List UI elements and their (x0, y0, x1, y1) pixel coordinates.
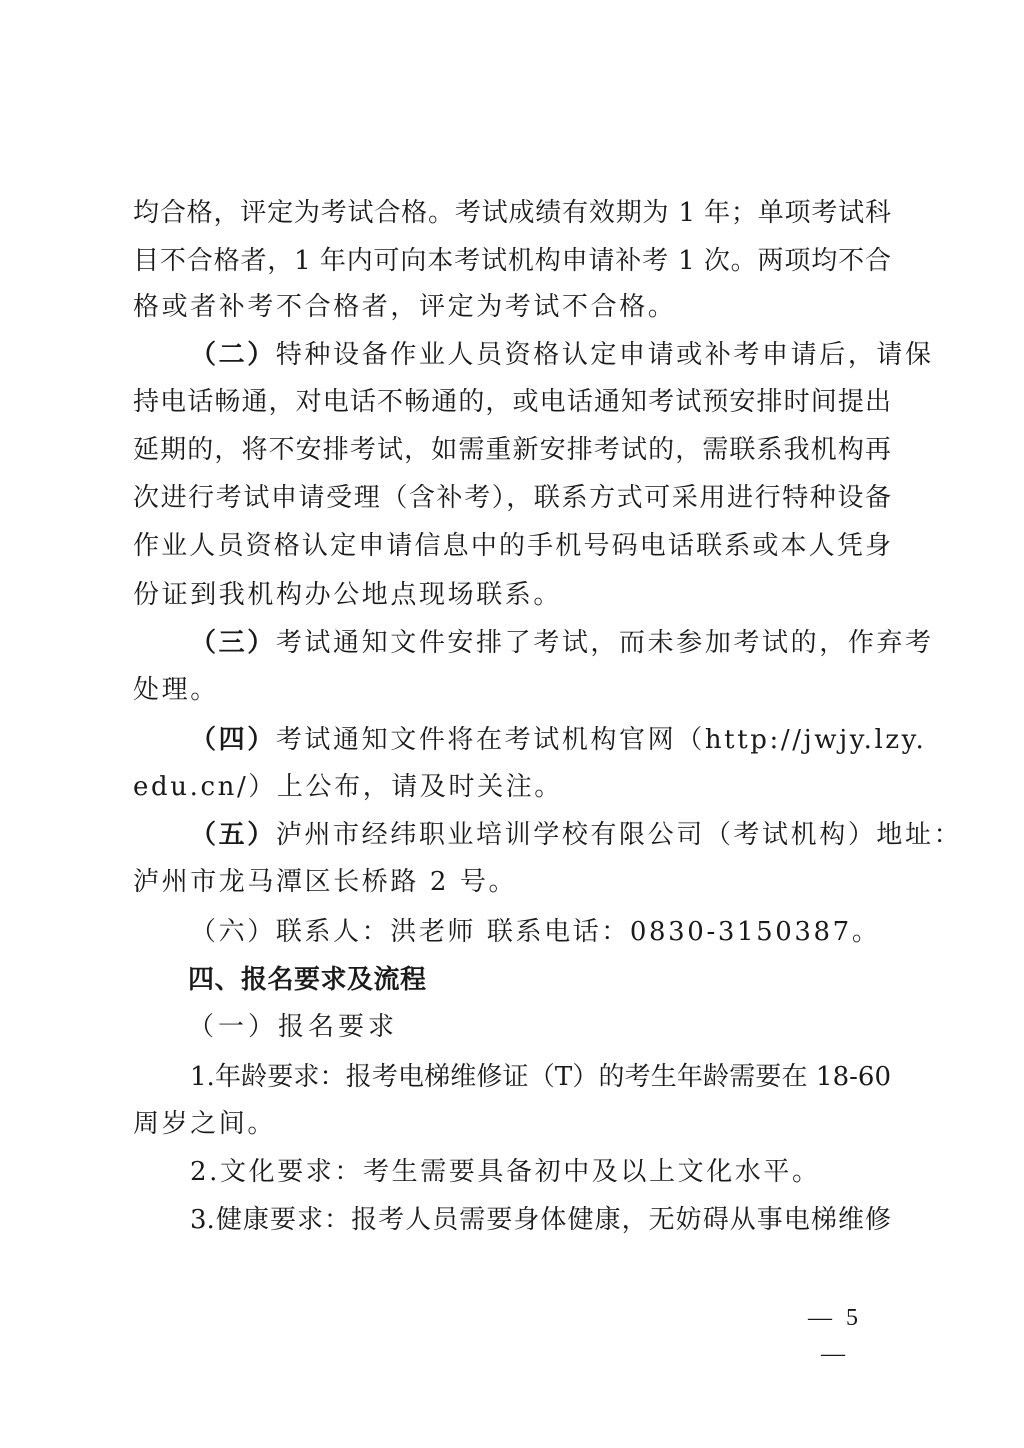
item-marker: （二） (190, 340, 276, 370)
paragraph-line: edu.cn/）上公布，请及时关注。 (133, 763, 891, 811)
paragraph-line: 目不合格者，1 年内可向本考试机构申请补考 1 次。两项均不合 (133, 237, 891, 285)
paragraph-line: 格或者补考不合格者，评定为考试不合格。 (133, 283, 891, 331)
requirement-age-line: 1.年龄要求：报考电梯维修证（T）的考生年龄需要在 18-60 (190, 1053, 891, 1101)
item-marker: （五） (190, 820, 276, 850)
item-text: 考试通知文件将在考试机构官网（http://jwjy.lzy. (276, 725, 927, 755)
paragraph-line: 延期的，将不安排考试，如需重新安排考试的，需联系我机构再 (133, 426, 891, 474)
paragraph-line: 份证到我机构办公地点现场联系。 (133, 571, 891, 619)
item-text: 考试通知文件安排了考试，而未参加考试的，作弃考 (276, 628, 934, 658)
paragraph-line: 泸州市龙马潭区长桥路 2 号。 (133, 858, 891, 906)
requirement-health-line: 3.健康要求：报考人员需要身体健康，无妨碍从事电梯维修 (190, 1196, 891, 1244)
list-item-2-first-line: （二）特种设备作业人员资格认定申请或补考申请后，请保 (190, 331, 891, 379)
subsection-heading: （一）报名要求 (188, 1003, 889, 1051)
list-item-5-first-line: （五）泸州市经纬职业培训学校有限公司（考试机构）地址： (190, 811, 891, 859)
paragraph-line: 作业人员资格认定申请信息中的手机号码电话联系或本人凭身 (133, 522, 891, 570)
document-page: 均合格，评定为考试合格。考试成绩有效期为 1 年；单项考试科 目不合格者，1 年… (0, 0, 1024, 1448)
item-marker: （四） (190, 725, 276, 755)
item-text: 特种设备作业人员资格认定申请或补考申请后，请保 (276, 340, 934, 370)
paragraph-line: 周岁之间。 (133, 1100, 891, 1148)
item-text: 联系人：洪老师 联系电话：0830-3150387。 (276, 917, 881, 947)
item-marker: （三） (190, 628, 276, 658)
paragraph-line: 次进行考试申请受理（含补考），联系方式可采用进行特种设备 (133, 474, 891, 522)
item-text: 泸州市经纬职业培训学校有限公司（考试机构）地址： (276, 820, 962, 850)
paragraph-line: 处理。 (133, 666, 891, 714)
paragraph-line: 持电话畅通，对电话不畅通的，或电话通知考试预安排时间提出 (133, 378, 891, 426)
list-item-6-first-line: （六）联系人：洪老师 联系电话：0830-3150387。 (190, 908, 891, 956)
page-number: — 5 — (790, 1300, 880, 1336)
list-item-3-first-line: （三）考试通知文件安排了考试，而未参加考试的，作弃考 (190, 619, 891, 667)
section-heading: 四、报名要求及流程 (188, 956, 889, 1004)
item-marker: （六） (190, 917, 276, 947)
requirement-education-line: 2.文化要求：考生需要具备初中及以上文化水平。 (190, 1148, 891, 1196)
list-item-4-first-line: （四）考试通知文件将在考试机构官网（http://jwjy.lzy. (190, 716, 891, 764)
paragraph-line: 均合格，评定为考试合格。考试成绩有效期为 1 年；单项考试科 (133, 189, 891, 237)
